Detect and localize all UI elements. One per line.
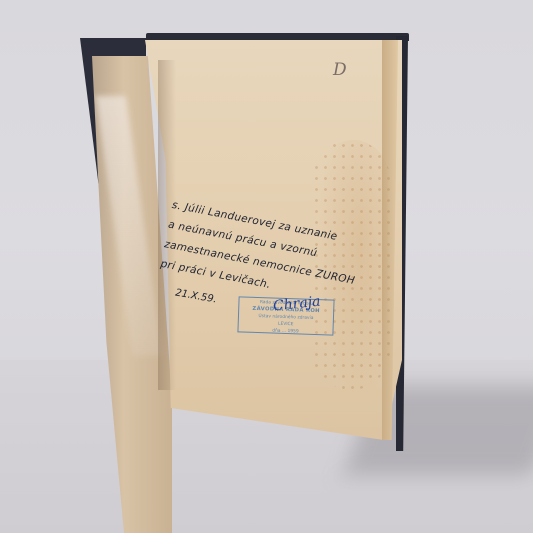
light-reflection xyxy=(96,96,163,356)
photo-scene: D s. Júlii Landuerovej za uznanie a neún… xyxy=(0,0,533,533)
pencil-mark: D xyxy=(333,60,347,80)
book-cover-top-edge xyxy=(146,33,409,41)
